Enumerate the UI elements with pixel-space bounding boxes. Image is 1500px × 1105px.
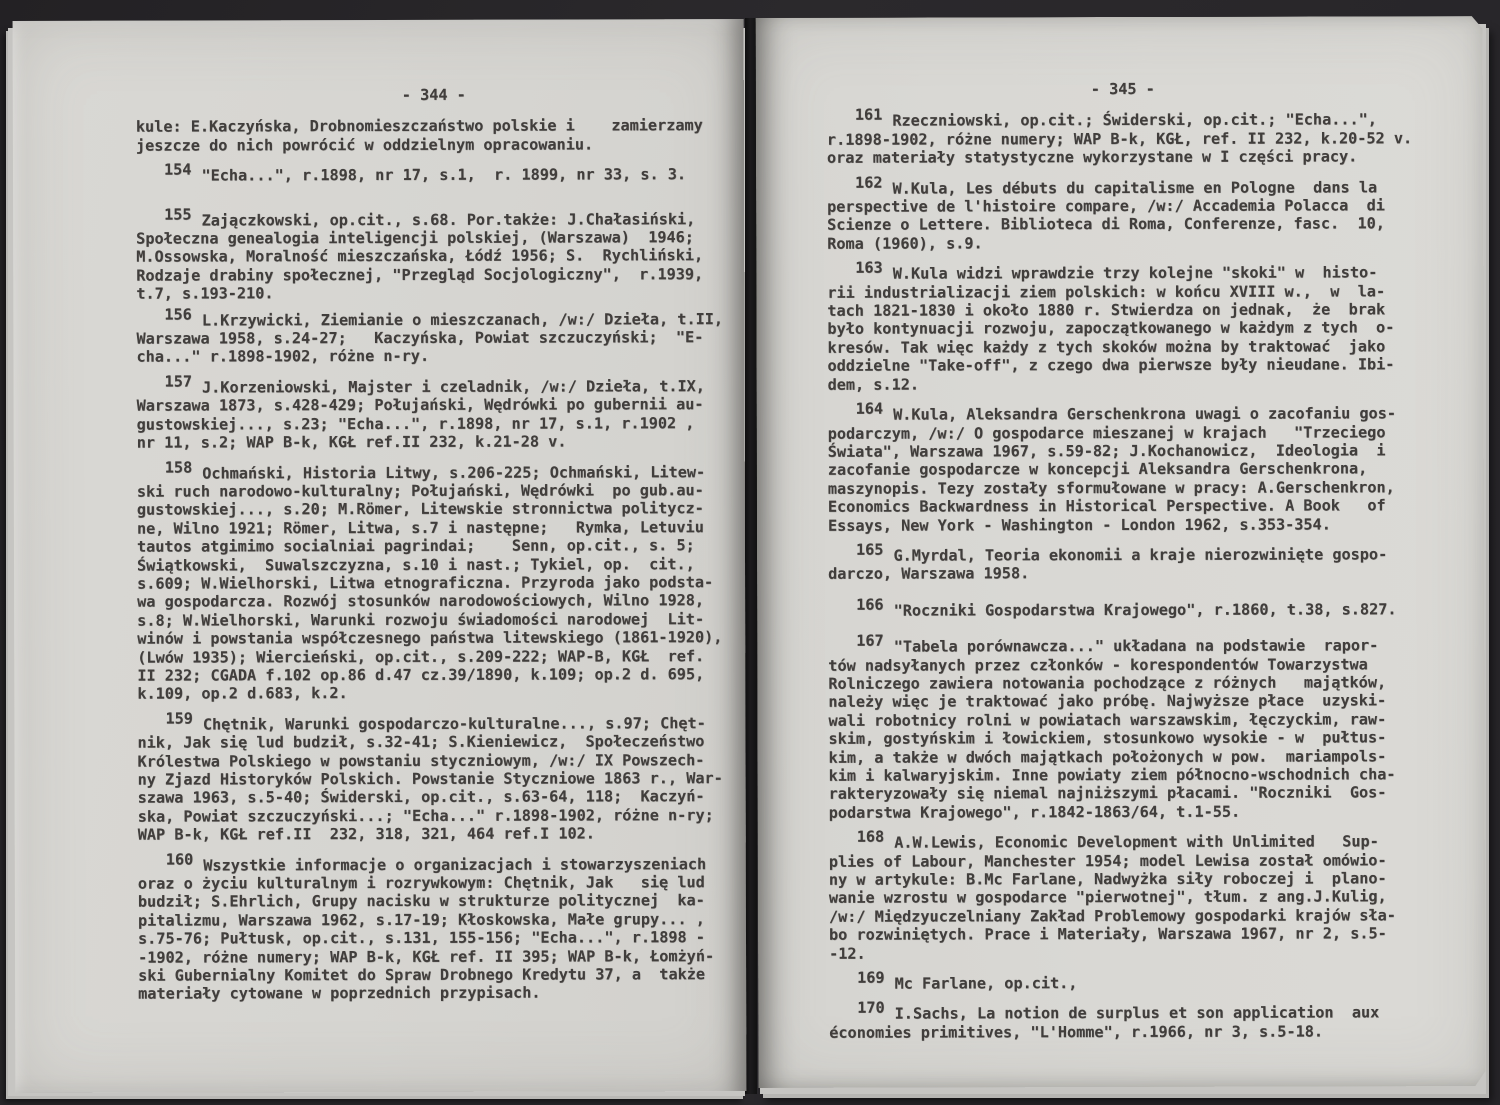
footnotes-right: 161Rzeczniowski, op.cit.; Świderski, op.… — [827, 111, 1421, 1042]
book-gutter — [745, 18, 757, 1094]
footnote-text: Rzeczniowski, op.cit.; Świderski, op.cit… — [827, 111, 1412, 167]
page-number-right: - 345 - — [827, 79, 1419, 99]
footnote-160: 160Wszystkie informacje o organizacjach … — [138, 855, 734, 1004]
footnote-text: A.W.Lewis, Economic Development with Unl… — [829, 833, 1396, 963]
footnote-166: 166"Roczniki Gospodarstwa Krajowego", r.… — [828, 600, 1420, 620]
footnote-text: "Echa...", r.1898, nr 17, s.1, r. 1899, … — [201, 165, 686, 184]
footnote-text: L.Krzywicki, Ziemianie o mieszczanach, /… — [136, 310, 723, 366]
footnote-text: Zajączkowski, op.cit., s.68. Por.także: … — [136, 210, 703, 303]
footnote-156: 156L.Krzywicki, Ziemianie o mieszczanach… — [136, 310, 732, 367]
footnote-number: 161 — [855, 106, 882, 124]
page-right-content: - 345 - 161Rzeczniowski, op.cit.; Świder… — [827, 79, 1422, 1042]
page-number-left: - 344 - — [136, 85, 732, 105]
footnote-text: Mc Farlane, op.cit., — [895, 974, 1078, 992]
footnote-168: 168A.W.Lewis, Economic Development with … — [829, 832, 1421, 962]
footnote-number: 170 — [857, 999, 884, 1017]
footnote-text: W.Kula widzi wprawdzie trzy kolejne "sko… — [827, 264, 1394, 394]
footnote-155: 155Zajączkowski, op.cit., s.68. Por.takż… — [136, 210, 732, 304]
footnote-158: 158Ochmański, Historia Litwy, s.206-225;… — [137, 463, 734, 704]
footnote-161: 161Rzeczniowski, op.cit.; Świderski, op.… — [827, 111, 1419, 168]
footnote-text: "Tabela porównawcza..." układana na pods… — [828, 636, 1395, 821]
footnote-170: 170I.Sachs, La notion de surplus et son … — [829, 1004, 1421, 1042]
footnotes-left: 154"Echa...", r.1898, nr 17, s.1, r. 189… — [136, 165, 734, 1003]
footnote-164: 164W.Kula, Aleksandra Gerschenkrona uwag… — [828, 404, 1420, 534]
footnote-number: 162 — [855, 173, 882, 191]
page-right-345: - 345 - 161Rzeczniowski, op.cit.; Świder… — [756, 16, 1486, 1088]
footnote-number: 159 — [165, 709, 192, 727]
footnote-text: W.Kula, Aleksandra Gerschenkrona uwagi o… — [828, 404, 1396, 534]
intro-paragraph: kule: E.Kaczyńska, Drobnomieszczaństwo p… — [136, 116, 732, 154]
footnote-number: 165 — [856, 541, 883, 559]
footnote-number: 163 — [855, 259, 882, 277]
footnote-number: 154 — [164, 161, 191, 179]
footnote-number: 169 — [857, 969, 884, 987]
footnote-157: 157J.Korzeniowski, Majster i czeladnik, … — [137, 377, 733, 452]
footnote-number: 167 — [856, 632, 883, 650]
footnote-number: 156 — [164, 305, 191, 323]
footnote-162: 162W.Kula, Les débuts du capitalisme en … — [827, 178, 1419, 253]
page-left-content: - 344 - kule: E.Kaczyńska, Drobnomieszcz… — [136, 85, 734, 1003]
footnote-text: G.Myrdal, Teoria ekonomii a kraje nieroz… — [828, 545, 1387, 583]
footnote-159: 159Chętnik, Warunki gospodarczo-kultural… — [137, 714, 733, 844]
footnote-163: 163W.Kula widzi wprawdzie trzy kolejne "… — [827, 263, 1419, 393]
footnote-text: W.Kula, Les débuts du capitalisme en Pol… — [827, 178, 1385, 253]
footnote-167: 167"Tabela porównawcza..." układana na p… — [828, 636, 1420, 822]
footnote-number: 158 — [165, 458, 192, 476]
footnote-text: Ochmański, Historia Litwy, s.206-225; Oc… — [137, 463, 723, 703]
footnote-165: 165G.Myrdal, Teoria ekonomii a kraje nie… — [828, 545, 1420, 583]
footnote-text: Wszystkie informacje o organizacjach i s… — [138, 855, 714, 1003]
footnote-number: 157 — [165, 372, 192, 390]
footnote-number: 168 — [857, 828, 884, 846]
footnote-text: "Roczniki Gospodarstwa Krajowego", r.186… — [894, 600, 1397, 619]
footnote-number: 164 — [856, 400, 883, 418]
footnote-number: 160 — [166, 850, 193, 868]
footnote-text: J.Korzeniowski, Majster i czeladnik, /w:… — [137, 377, 705, 452]
footnote-text: I.Sachs, La notion de surplus et son app… — [829, 1004, 1379, 1042]
book-scan-spread: - 344 - kule: E.Kaczyńska, Drobnomieszcz… — [0, 0, 1500, 1105]
footnote-number: 155 — [164, 205, 191, 223]
footnote-169: 169Mc Farlane, op.cit., — [829, 973, 1421, 993]
footnote-number: 166 — [856, 595, 883, 613]
footnote-text: Chętnik, Warunki gospodarczo-kulturalne.… — [137, 714, 722, 844]
footnote-154: 154"Echa...", r.1898, nr 17, s.1, r. 189… — [136, 165, 732, 185]
page-left-344: - 344 - kule: E.Kaczyńska, Drobnomieszcz… — [13, 19, 747, 1093]
